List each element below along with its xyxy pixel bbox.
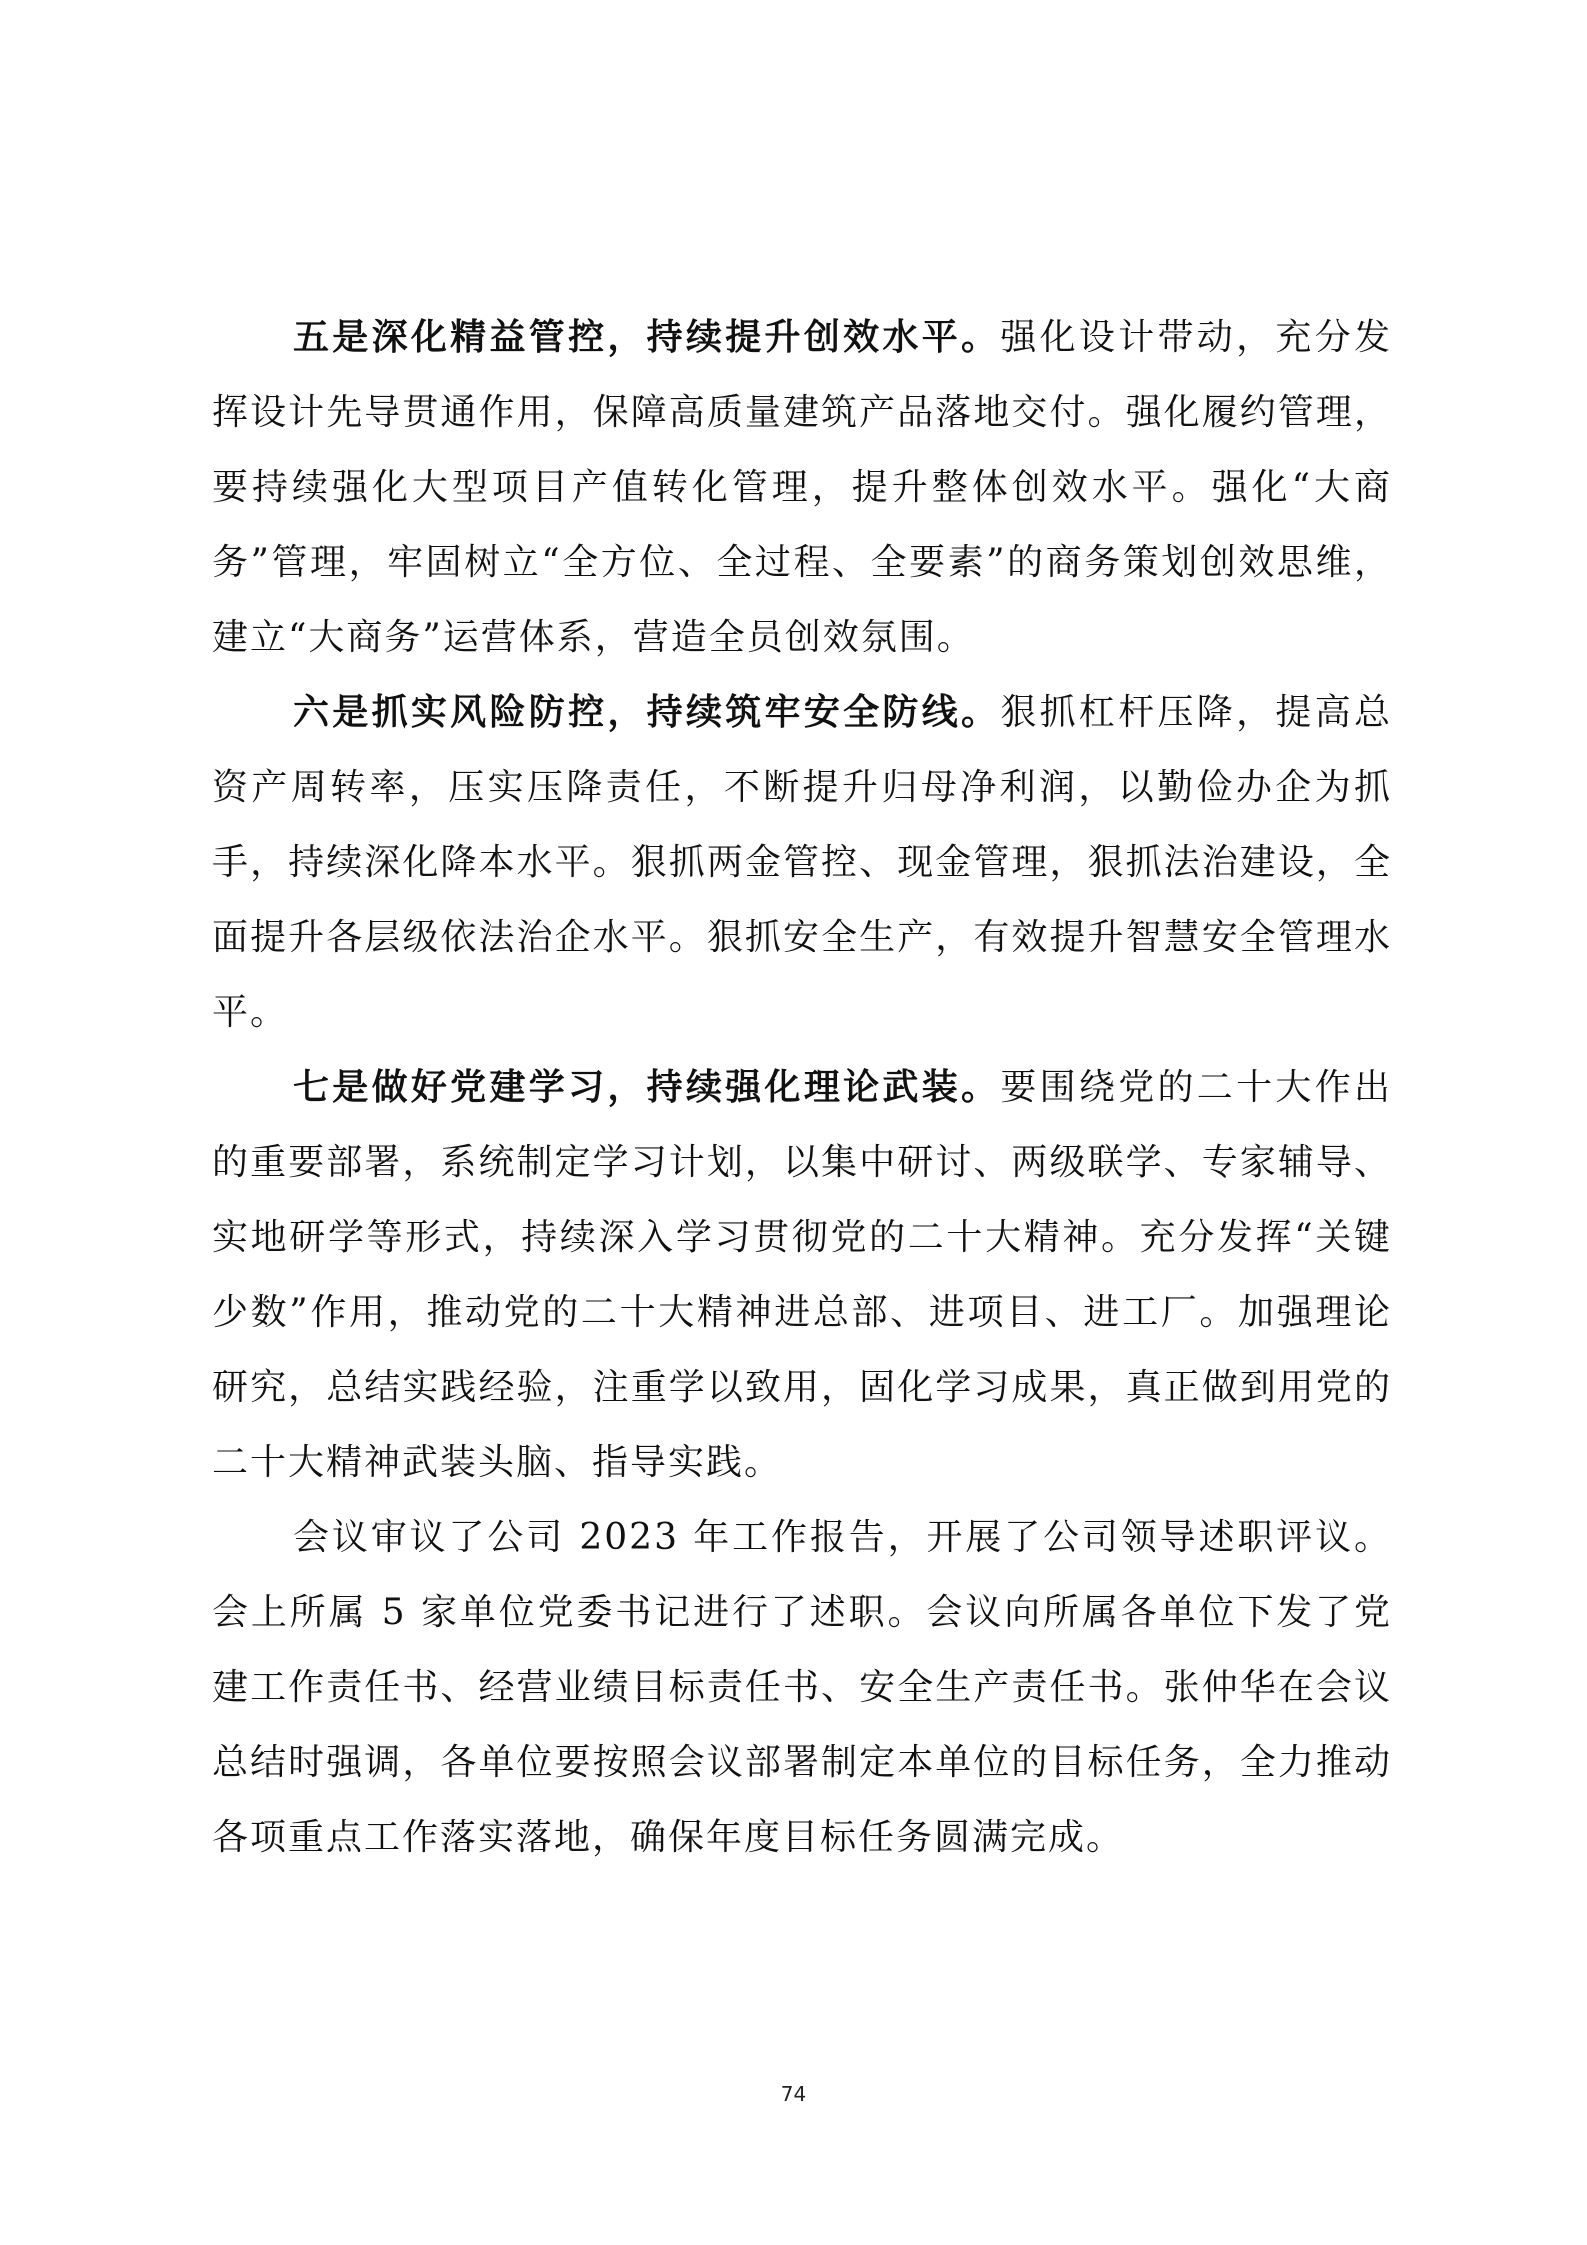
paragraph-meeting-summary: 会议审议了公司 2023 年工作报告，开展了公司领导述职评议。会上所属 5 家单… (212, 1500, 1392, 1875)
paragraph-six: 六是抓实风险防控，持续筑牢安全防线。狠抓杠杆压降，提高总资产周转率，压实压降责任… (212, 675, 1392, 1050)
paragraph-lead: 六是抓实风险防控，持续筑牢安全防线。 (293, 691, 1000, 733)
paragraph-text: 狠抓杠杆压降，提高总资产周转率，压实压降责任，不断提升归母净利润，以勤俭办企为抓… (212, 692, 1392, 1033)
page-number: 74 (0, 2082, 1587, 2106)
paragraph-text: 要围绕党的二十大作出的重要部署，系统制定学习计划，以集中研讨、两级联学、专家辅导… (212, 1067, 1392, 1483)
paragraph-lead: 七是做好党建学习，持续强化理论武装。 (293, 1066, 1000, 1108)
paragraph-text: 强化设计带动，充分发挥设计先导贯通作用，保障高质量建筑产品落地交付。强化履约管理… (212, 317, 1392, 658)
paragraph-seven: 七是做好党建学习，持续强化理论武装。要围绕党的二十大作出的重要部署，系统制定学习… (212, 1050, 1392, 1500)
paragraph-five: 五是深化精益管控，持续提升创效水平。强化设计带动，充分发挥设计先导贯通作用，保障… (212, 300, 1392, 675)
paragraph-lead: 五是深化精益管控，持续提升创效水平。 (293, 316, 1000, 358)
paragraph-text: 会议审议了公司 2023 年工作报告，开展了公司领导述职评议。会上所属 5 家单… (212, 1517, 1392, 1858)
document-body: 五是深化精益管控，持续提升创效水平。强化设计带动，充分发挥设计先导贯通作用，保障… (212, 300, 1392, 1875)
